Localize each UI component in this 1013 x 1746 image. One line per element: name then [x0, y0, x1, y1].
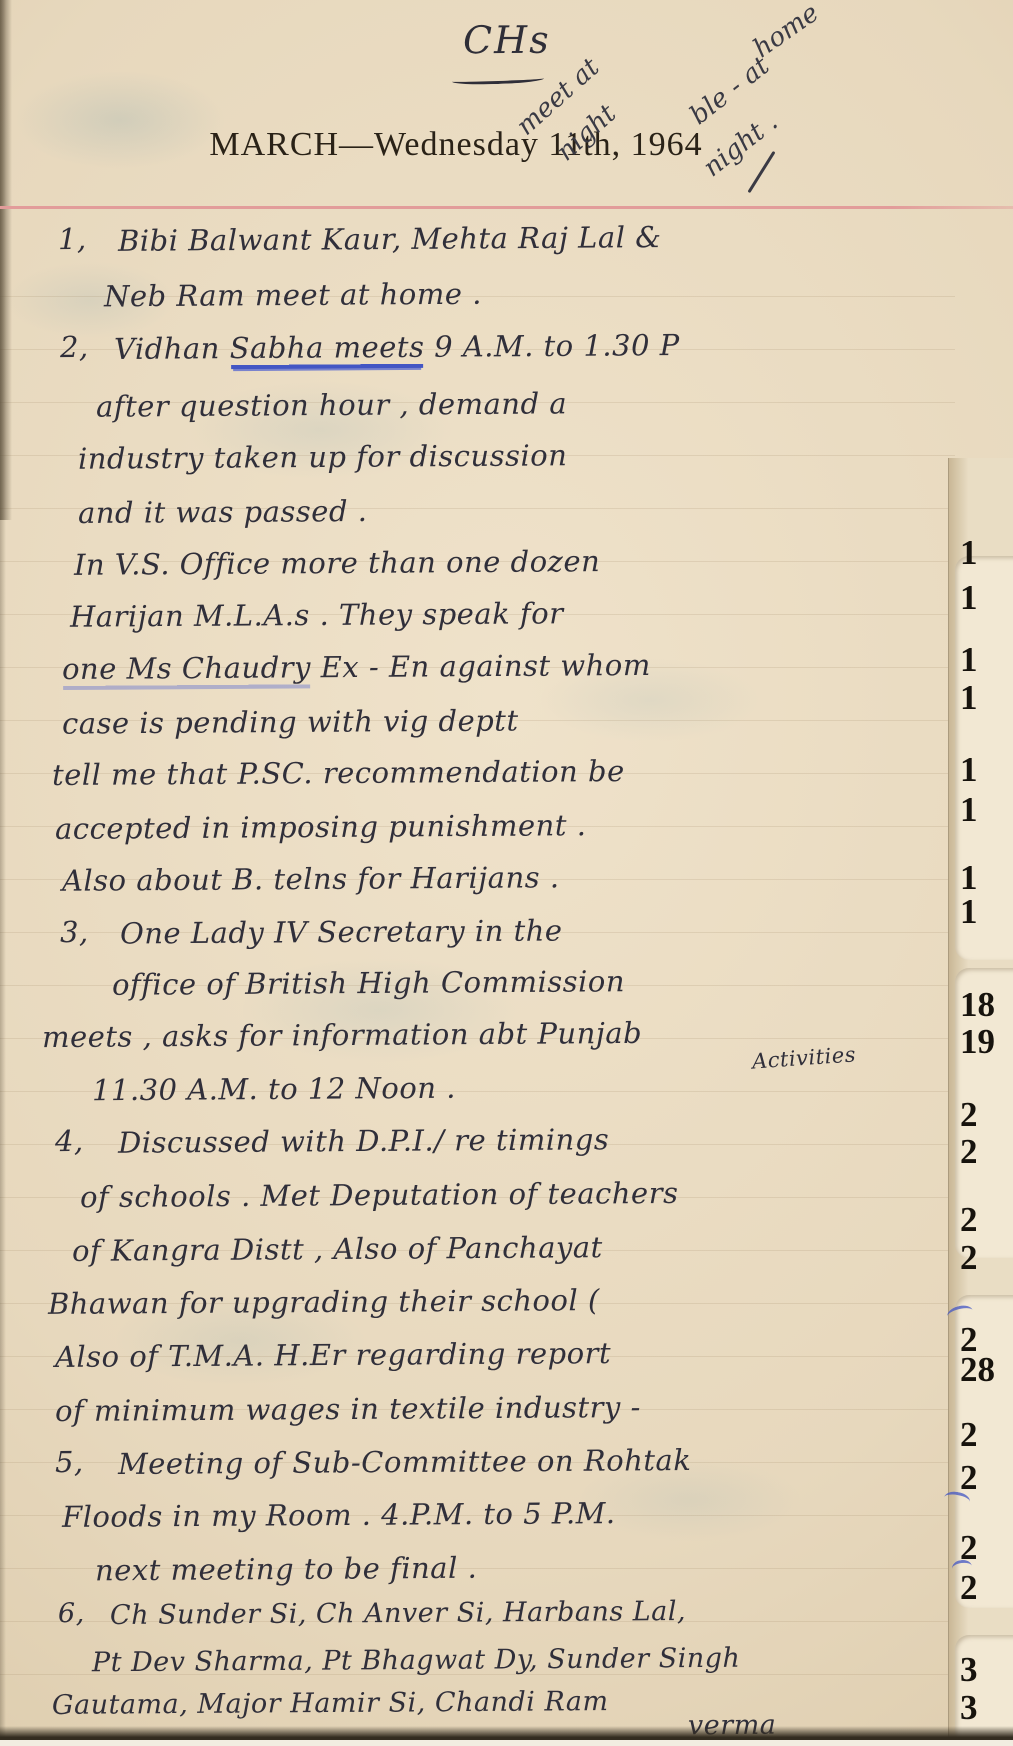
diary-line: of Kangra Distt , Also of Panchayat: [72, 1230, 603, 1269]
edge-tab-number: 1: [960, 678, 978, 718]
diary-line: One Lady IV Secretary in the: [120, 913, 563, 951]
diary-line: Ch Sunder Si, Ch Anver Si, Harbans Lal,: [110, 1596, 686, 1632]
edge-tab-number: 1: [960, 790, 978, 830]
diary-line: tell me that P.SC. recommendation be: [52, 754, 625, 793]
blue-underlined-text: one Ms Chaudry: [62, 650, 311, 686]
diary-line: one Ms Chaudry Ex - En against whom: [62, 648, 651, 687]
diary-page: CHs MARCH—Wednesday 11th, 1964 meet atni…: [0, 0, 1013, 1746]
edge-tab-number: 2: [960, 1458, 978, 1498]
edge-tab-number: 2: [960, 1200, 978, 1240]
diary-line: Bhawan for upgrading their school (: [48, 1283, 600, 1322]
page-bottom-shadow: [0, 1726, 1013, 1740]
edge-tab-number: 2: [960, 1238, 978, 1278]
edge-tab-number: 3: [960, 1688, 978, 1728]
monogram: CHs: [463, 18, 551, 64]
diary-line: In V.S. Office more than one dozen: [74, 544, 600, 582]
edge-tab-number: 1: [960, 892, 978, 932]
edge-tab-number: 1: [960, 750, 978, 790]
diary-line: next meeting to be final .: [95, 1551, 477, 1588]
entry-number-3: 3,: [60, 915, 89, 950]
diary-line: Meeting of Sub-Committee on Rohtak: [118, 1443, 692, 1482]
edge-tab-number: 1: [960, 640, 978, 680]
diary-line: accepted in imposing punishment .: [55, 808, 587, 847]
diary-line: 11.30 A.M. to 12 Noon .: [92, 1071, 456, 1108]
edge-tab-number: 2: [960, 1132, 978, 1172]
edge-tab-number: 1: [960, 578, 978, 618]
interlinear-note: Activities: [751, 1042, 857, 1074]
edge-tab-number: 18: [960, 985, 995, 1025]
diary-line: office of British High Commission: [112, 964, 625, 1002]
edge-tab-number: 19: [960, 1022, 995, 1062]
diary-line: Floods in my Room . 4.P.M. to 5 P.M.: [62, 1496, 616, 1535]
diary-line: of schools . Met Deputation of teachers: [80, 1176, 679, 1215]
next-page-sliver: [0, 1740, 1013, 1746]
entry-number-2: 2,: [60, 330, 89, 365]
diary-line: after question hour , demand a: [96, 386, 567, 424]
entry-number-1: 1,: [58, 222, 87, 257]
diary-line: of minimum wages in textile industry -: [55, 1390, 641, 1429]
diary-line: Pt Dev Sharma, Pt Bhagwat Dy, Sunder Sin…: [92, 1643, 741, 1680]
edge-tab-number: 28: [960, 1350, 995, 1390]
diary-line: Neb Ram meet at home .: [104, 277, 482, 314]
printed-date-header: MARCH—Wednesday 11th, 1964: [150, 126, 762, 164]
diary-line: Vidhan Sabha meets 9 A.M. to 1.30 P: [114, 328, 680, 367]
entry-number-5: 5,: [55, 1445, 84, 1480]
diary-line: Gautama, Major Hamir Si, Chandi Ram: [52, 1686, 609, 1722]
diary-line: meets , asks for information abt Punjab: [42, 1016, 642, 1055]
diary-line: Bibi Balwant Kaur, Mehta Raj Lal &: [118, 220, 662, 259]
binding-edge-shadow-soft: [0, 0, 6, 1746]
edge-tab-number: 2: [960, 1095, 978, 1135]
diary-line: Also about B. telns for Harijans .: [62, 860, 560, 898]
edge-tab-number: 3: [960, 1650, 978, 1690]
diary-line: Also of T.M.A. H.Er regarding report: [55, 1336, 611, 1375]
entry-number-6: 6,: [58, 1598, 85, 1631]
diary-line: industry taken up for discussion: [78, 438, 568, 476]
monogram-underline: [452, 74, 544, 85]
edge-tab-number: 2: [960, 1415, 978, 1455]
edge-tab-number: 1: [960, 533, 978, 573]
diary-line: and it was passed .: [78, 494, 368, 531]
header-rule: [0, 206, 1013, 209]
diary-line: case is pending with vig deptt: [62, 703, 519, 741]
diary-line: Harijan M.L.A.s . They speak for: [70, 596, 564, 634]
blue-underlined-text: Sabha meets: [230, 330, 425, 365]
diary-line: Discussed with D.P.I./ re timings: [118, 1122, 609, 1160]
entry-number-4: 4,: [55, 1124, 84, 1159]
